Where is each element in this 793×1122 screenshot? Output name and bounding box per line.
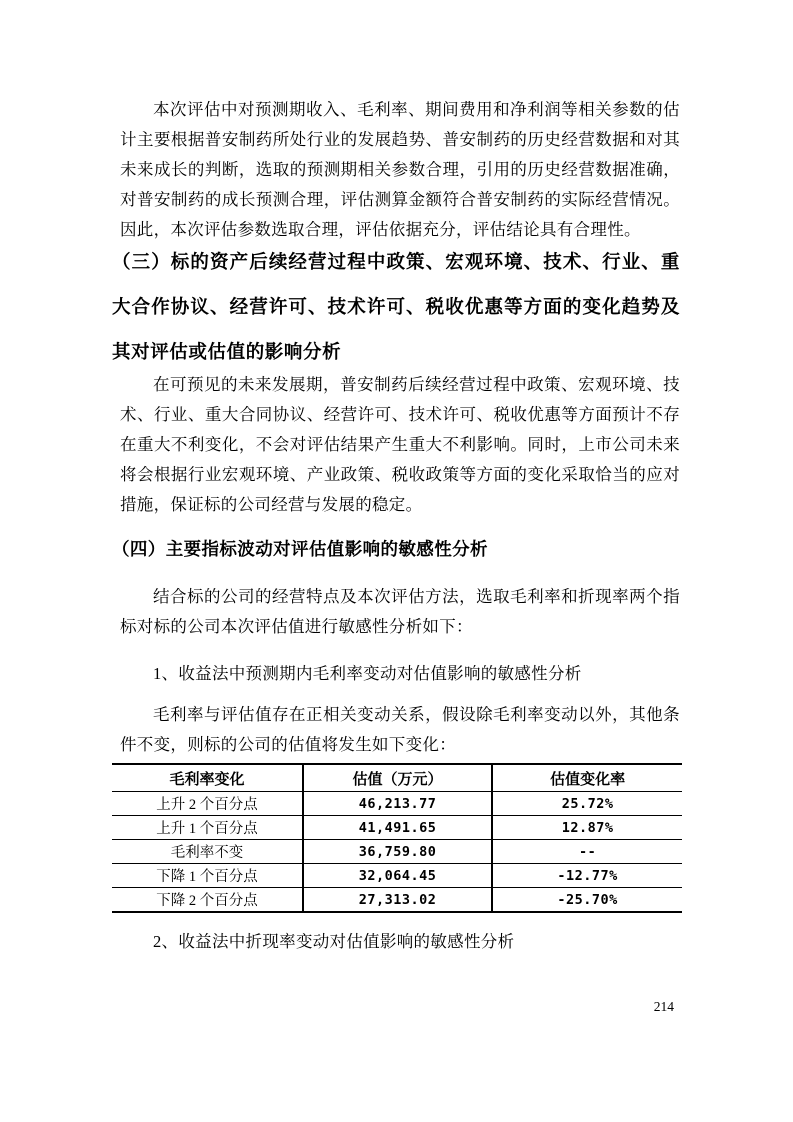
table-row: 毛利率不变 36,759.80 -- (112, 840, 682, 864)
table-row: 下降 1 个百分点 32,064.45 -12.77% (112, 864, 682, 888)
paragraph-gross-margin-relation: 毛利率与评估值存在正相关变动关系，假设除毛利率变动以外，其他条件不变，则标的公司… (112, 700, 682, 760)
table-cell-valuation: 36,759.80 (303, 840, 492, 864)
table-cell-change-rate: -25.70% (492, 888, 682, 913)
list-item-discount-rate-analysis: 2、收益法中折现率变动对估值影响的敏感性分析 (112, 927, 682, 957)
table-cell-change-rate: 12.87% (492, 816, 682, 840)
list-item-gross-margin-analysis: 1、收益法中预测期内毛利率变动对估值影响的敏感性分析 (112, 659, 682, 689)
table-cell-change-rate: -12.77% (492, 864, 682, 888)
table-row: 上升 2 个百分点 46,213.77 25.72% (112, 792, 682, 816)
table-cell-label: 下降 2 个百分点 (112, 888, 303, 913)
sensitivity-table: 毛利率变化 估值（万元） 估值变化率 上升 2 个百分点 46,213.77 2… (112, 763, 682, 913)
paragraph-sensitivity-intro: 结合标的公司的经营特点及本次评估方法，选取毛利率和折现率两个指标对标的公司本次评… (112, 582, 682, 642)
page-number: 214 (654, 999, 674, 1015)
table-cell-valuation: 46,213.77 (303, 792, 492, 816)
table-cell-valuation: 27,313.02 (303, 888, 492, 913)
table-cell-valuation: 41,491.65 (303, 816, 492, 840)
document-page: 本次评估中对预测期收入、毛利率、期间费用和净利润等相关参数的估计主要根据普安制药… (0, 0, 793, 1122)
table-row: 下降 2 个百分点 27,313.02 -25.70% (112, 888, 682, 913)
table-cell-label: 下降 1 个百分点 (112, 864, 303, 888)
page-content: 本次评估中对预测期收入、毛利率、期间费用和净利润等相关参数的估计主要根据普安制药… (112, 95, 682, 957)
heading-section-4: （四）主要指标波动对评估值影响的敏感性分析 (112, 536, 682, 562)
table-cell-change-rate: -- (492, 840, 682, 864)
table-header-valuation: 估值（万元） (303, 764, 492, 792)
table-row: 上升 1 个百分点 41,491.65 12.87% (112, 816, 682, 840)
table-cell-valuation: 32,064.45 (303, 864, 492, 888)
table-header-row: 毛利率变化 估值（万元） 估值变化率 (112, 764, 682, 792)
paragraph-future-outlook: 在可预见的未来发展期，普安制药后续经营过程中政策、宏观环境、技术、行业、重大合同… (112, 370, 682, 520)
table-cell-label: 毛利率不变 (112, 840, 303, 864)
table-cell-label: 上升 1 个百分点 (112, 816, 303, 840)
table-cell-change-rate: 25.72% (492, 792, 682, 816)
paragraph-valuation-parameters: 本次评估中对预测期收入、毛利率、期间费用和净利润等相关参数的估计主要根据普安制药… (112, 95, 682, 245)
table-cell-label: 上升 2 个百分点 (112, 792, 303, 816)
table-header-valuation-change-rate: 估值变化率 (492, 764, 682, 792)
table-header-margin-change: 毛利率变化 (112, 764, 303, 792)
heading-section-3: （三）标的资产后续经营过程中政策、宏观环境、技术、行业、重大合作协议、经营许可、… (112, 239, 682, 374)
